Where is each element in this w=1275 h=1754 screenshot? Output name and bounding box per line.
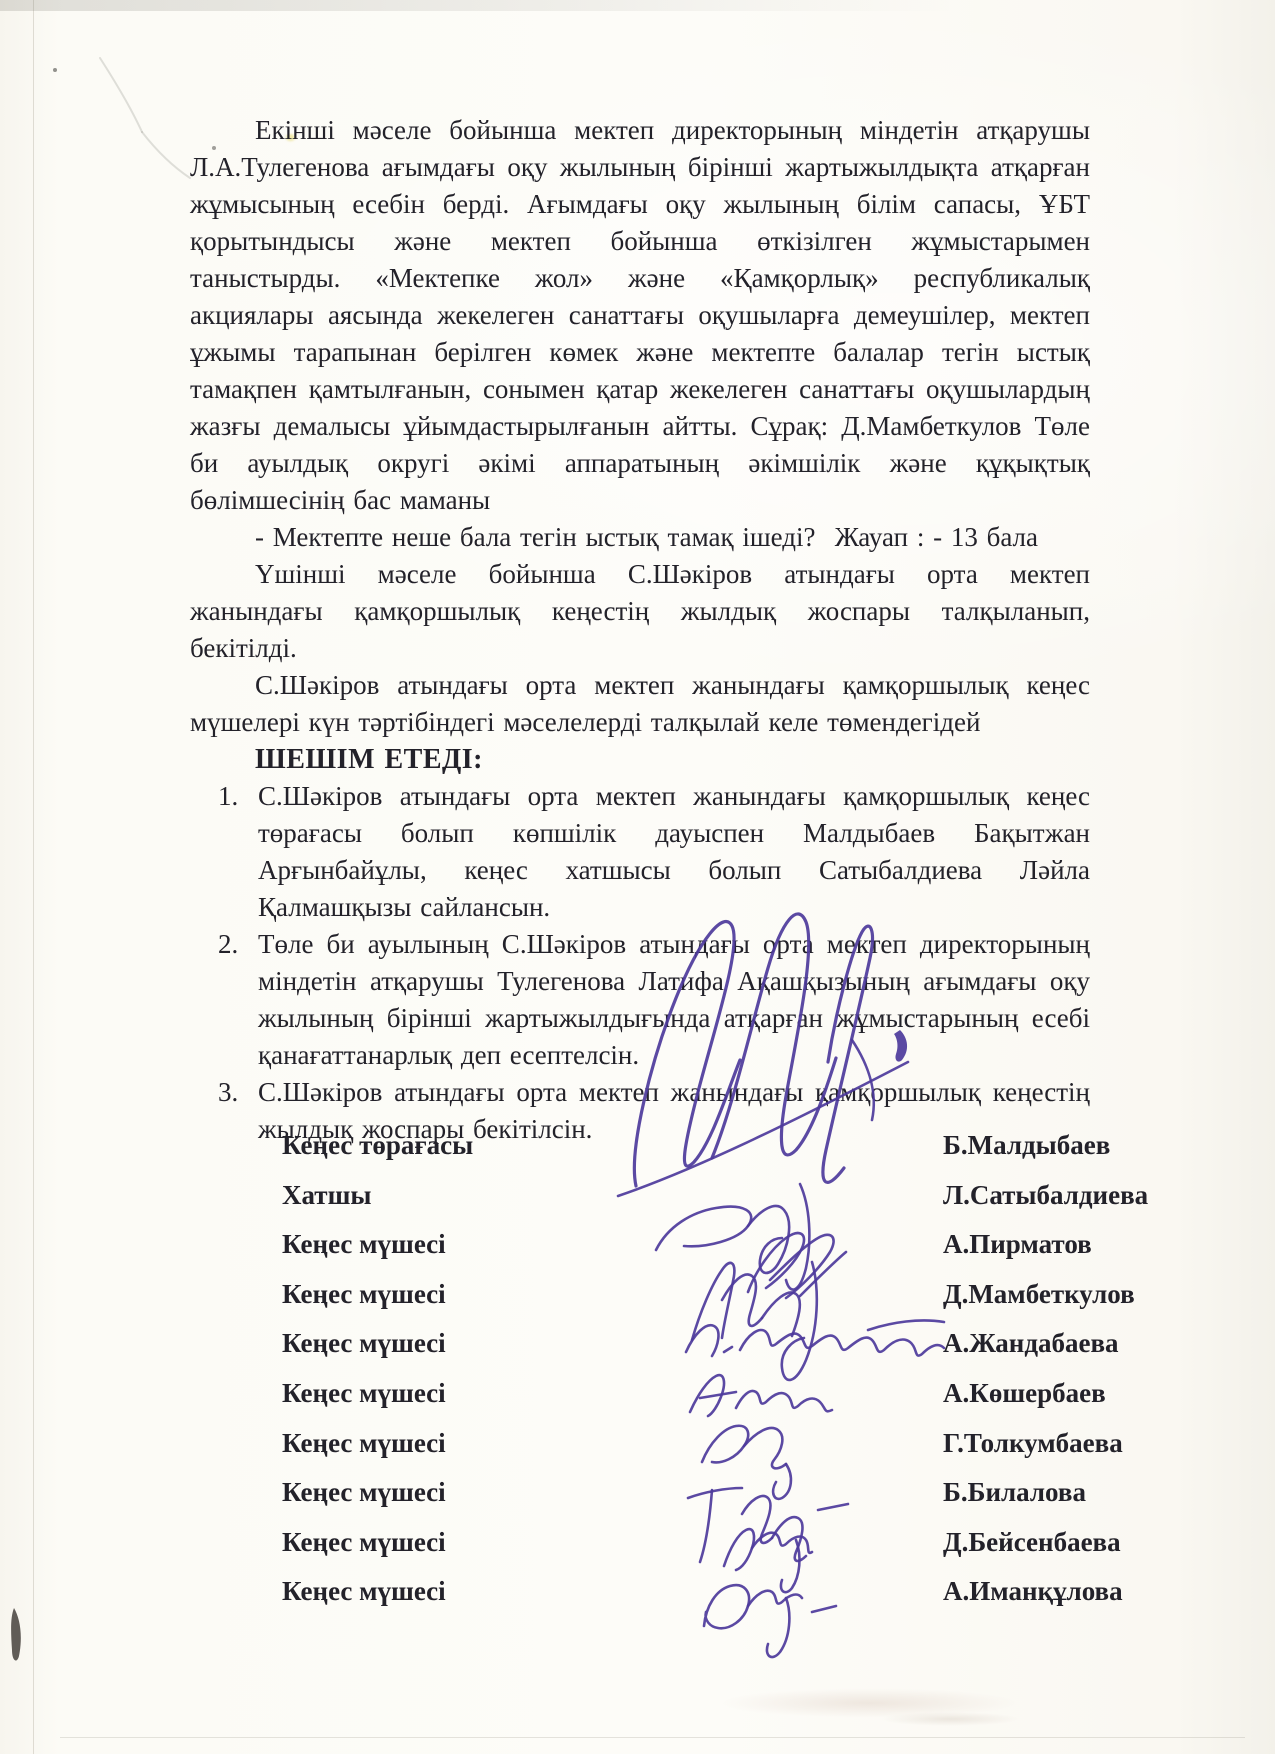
signature-row: Кеңес мүшесі Б.Билалова xyxy=(282,1469,1142,1519)
question-answer-line: - Мектепте неше бала тегін ыстық тамақ і… xyxy=(190,519,1090,556)
signer-role: Кеңес мүшесі xyxy=(282,1428,446,1459)
signature-row: Хатшы Л.Сатыбалдиева xyxy=(282,1172,1142,1222)
signature-row: Кеңес төрағасы Б.Малдыбаев xyxy=(282,1122,1142,1172)
paragraph-third-issue: Үшінші мәселе бойынша С.Шәкіров атындағы… xyxy=(190,556,1090,667)
signer-role: Кеңес мүшесі xyxy=(282,1378,446,1409)
decision-item-2: 2. Төле би ауылының С.Шәкіров атындағы о… xyxy=(190,926,1090,1074)
signature-row: Кеңес мүшесі А.Пирматов xyxy=(282,1221,1142,1271)
signer-name: А.Көшербаев xyxy=(943,1378,1106,1409)
signer-role: Кеңес мүшесі xyxy=(282,1229,446,1260)
signer-name: Б.Малдыбаев xyxy=(943,1130,1110,1161)
signer-name: Г.Толкумбаева xyxy=(943,1428,1123,1459)
decision-text: Төле би ауылының С.Шәкіров атындағы орта… xyxy=(258,926,1090,1074)
decision-item-1: 1. С.Шәкіров атындағы орта мектеп жанынд… xyxy=(190,778,1090,926)
scan-top-streak xyxy=(0,0,1275,11)
scan-dark-streak xyxy=(11,1608,21,1661)
paper-fold-line xyxy=(33,0,34,1754)
signer-role: Кеңес мүшесі xyxy=(282,1477,446,1508)
signer-role: Кеңес мүшесі xyxy=(282,1527,446,1558)
signature-row: Кеңес мүшесі А.Жандабаева xyxy=(282,1320,1142,1370)
paragraph-council-intro: С.Шәкіров атындағы орта мектеп жанындағы… xyxy=(190,667,1090,741)
decision-text: С.Шәкіров атындағы орта мектеп жанындағы… xyxy=(258,778,1090,926)
signer-name: Л.Сатыбалдиева xyxy=(943,1180,1148,1211)
signer-role: Кеңес мүшесі xyxy=(282,1576,446,1607)
decision-number: 1. xyxy=(218,778,258,926)
signer-role: Кеңес төрағасы xyxy=(282,1130,473,1161)
signer-role: Кеңес мүшесі xyxy=(282,1328,446,1359)
signature-row: Кеңес мүшесі Д.Мамбеткулов xyxy=(282,1271,1142,1321)
paragraph-second-issue: Екінші мәселе бойынша мектеп директорыны… xyxy=(190,112,1090,519)
signature-row: Кеңес мүшесі Д.Бейсенбаева xyxy=(282,1519,1142,1569)
scan-stain-small xyxy=(880,1712,1020,1726)
decision-heading: ШЕШІМ ЕТЕДІ: xyxy=(255,741,1090,778)
document-body: Екінші мәселе бойынша мектеп директорыны… xyxy=(190,112,1090,1148)
signature-row: Кеңес мүшесі Г.Толкумбаева xyxy=(282,1420,1142,1470)
scan-scratch xyxy=(100,58,142,132)
answer-text: Жауап : - 13 бала xyxy=(835,519,1038,556)
paper-bottom-edge xyxy=(60,1737,1245,1738)
signature-row: Кеңес мүшесі А.Иманқұлова xyxy=(282,1568,1142,1618)
scan-scratch xyxy=(142,132,190,178)
signer-role: Кеңес мүшесі xyxy=(282,1279,446,1310)
signer-name: А.Иманқұлова xyxy=(943,1576,1123,1607)
signer-name: Д.Мамбеткулов xyxy=(943,1279,1135,1310)
decision-number: 3. xyxy=(218,1074,258,1148)
signer-name: Б.Билалова xyxy=(943,1477,1086,1508)
decision-number: 2. xyxy=(218,926,258,1074)
signature-row: Кеңес мүшесі А.Көшербаев xyxy=(282,1370,1142,1420)
scanned-document-page: Екінші мәселе бойынша мектеп директорыны… xyxy=(0,0,1275,1754)
signer-name: А.Пирматов xyxy=(943,1229,1092,1260)
signer-name: Д.Бейсенбаева xyxy=(943,1527,1121,1558)
question-text: - Мектепте неше бала тегін ыстық тамақ і… xyxy=(255,519,816,556)
signature-block: Кеңес төрағасы Б.Малдыбаев Хатшы Л.Сатыб… xyxy=(282,1122,1142,1618)
signer-name: А.Жандабаева xyxy=(943,1328,1119,1359)
scan-speck-dot xyxy=(53,68,57,72)
signer-role: Хатшы xyxy=(282,1180,371,1211)
